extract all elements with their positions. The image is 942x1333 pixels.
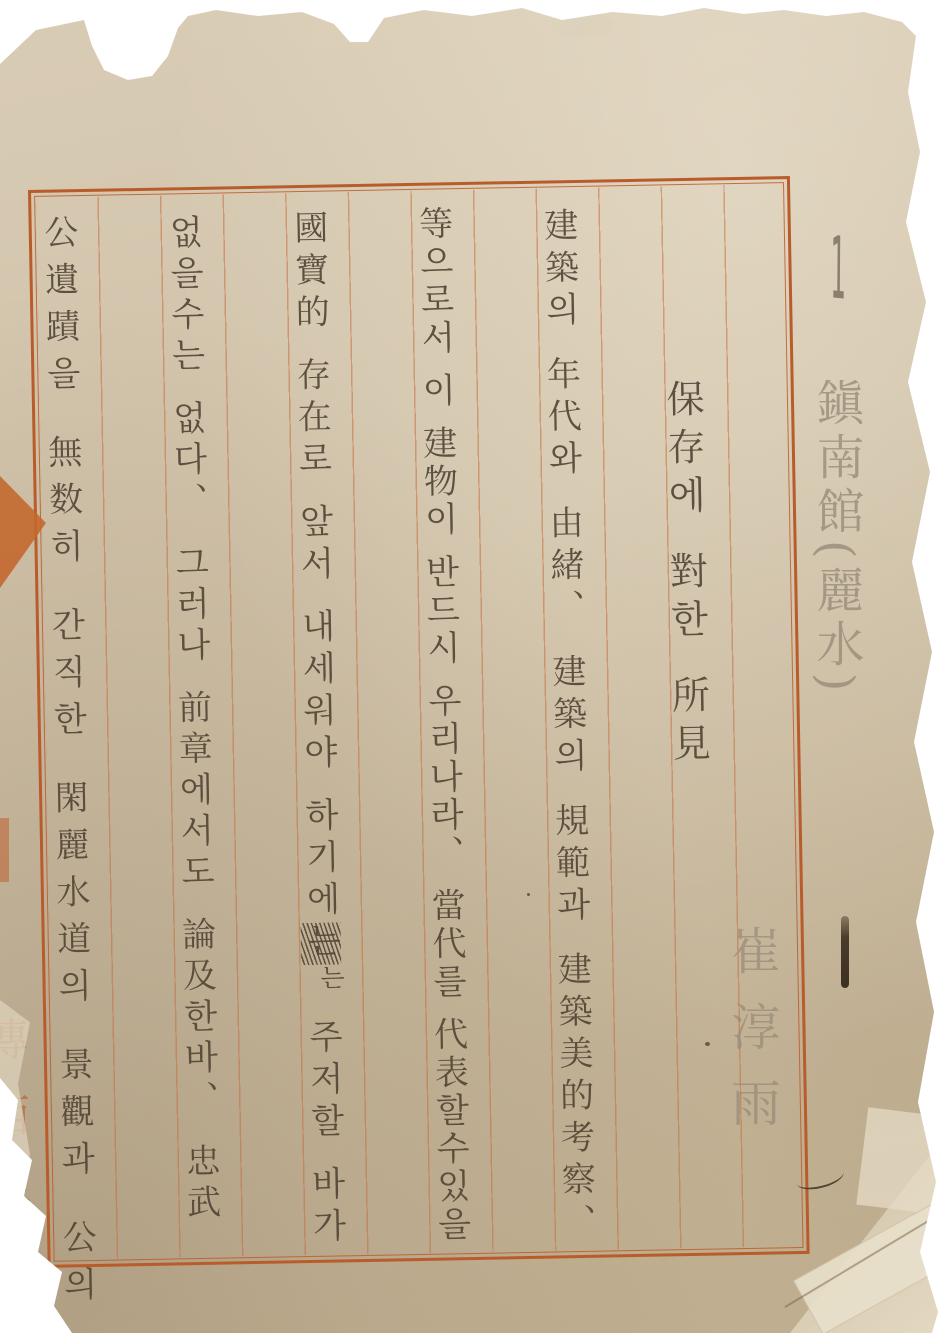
left-edge-print-bar (0, 818, 9, 882)
manuscript-paper: 保存에 對한 所見 建築의 年代와 由緒、 建築의 規範과 建築美的考察、 等으… (0, 0, 942, 1333)
paper-stain (552, 14, 614, 36)
paper-speck (705, 1042, 710, 1046)
text-column-3: 國寶的 存在로 앞서 내세워야 하기에는는 주저할 바가 (283, 209, 351, 1250)
manuscript-photo: 保存에 對한 所見 建築의 年代와 由緒、 建築의 規範과 建築美的考察、 等으… (0, 0, 942, 1333)
tape-piece (856, 1107, 942, 1215)
pencil-page-mark: 1 (830, 225, 846, 312)
text-column-1: 建築의 年代와 由緒、 建築의 規範과 建築美的考察、 (533, 207, 601, 1246)
staple (841, 916, 849, 988)
paper-speck (527, 893, 530, 896)
text-column-4: 없을수는 없다、 그러나 前章에서도 論及한바、 忠武 (158, 214, 226, 1226)
margin-name-note: 崔淳雨 (716, 925, 788, 1153)
struck-out-character: 는 (300, 923, 341, 966)
margin-subject-note: 鎭南館(麗水) (802, 378, 871, 697)
text-column-3-pre: 國寶的 存在로 앞서 내세워야 하기에 (287, 210, 340, 924)
text-column-2: 等으로서 이 建物이 반드시 우리나라、 當代를 代表할수있을 (408, 205, 476, 1245)
torn-edge-layer (0, 1000, 30, 1280)
ruled-frame: 保存에 對한 所見 建築의 年代와 由緒、 建築의 規範과 建築美的考察、 等으… (28, 176, 810, 1268)
text-column-3-post: 주저할 바가 (302, 998, 347, 1250)
paper-stain (292, 18, 374, 48)
title-column: 保存에 對한 所見 (655, 379, 717, 772)
left-edge-print-fragment: 告 (0, 1168, 32, 1232)
text-column-5: 公遺蹟을 無数히 간직한 閑麗水道의 景觀과 公의 (33, 214, 102, 1314)
inserted-correction: 는 (312, 964, 349, 998)
